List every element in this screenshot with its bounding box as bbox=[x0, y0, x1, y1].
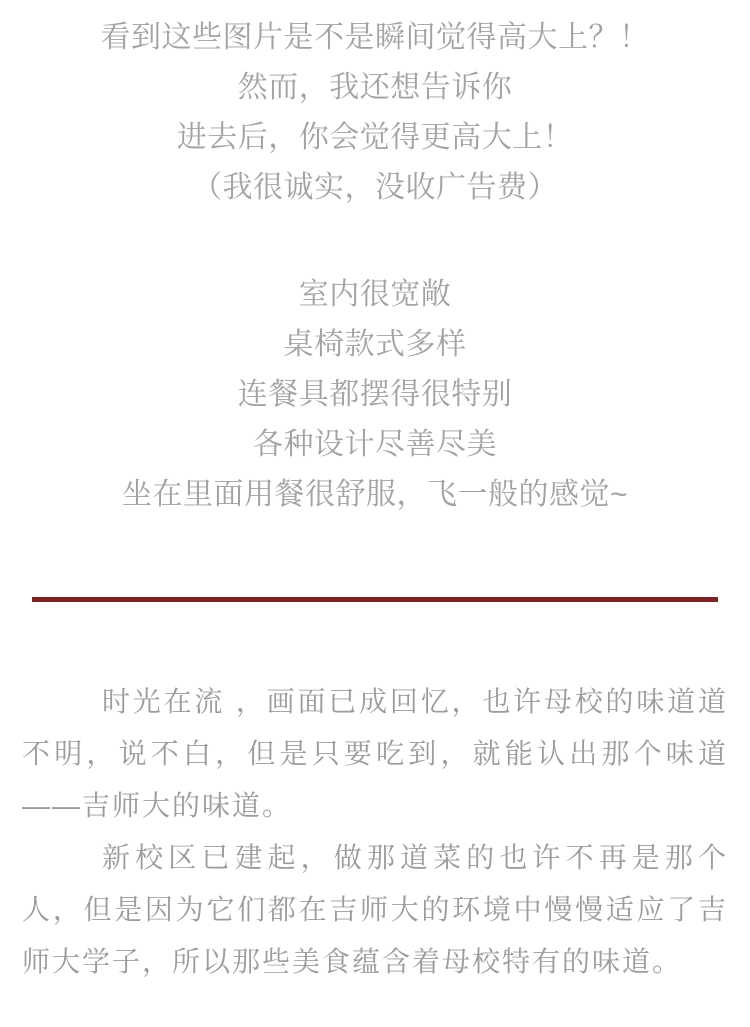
section-divider-rule bbox=[32, 597, 718, 602]
intro-line-9: 坐在里面用餐很舒服，飞一般的感觉~ bbox=[0, 470, 750, 520]
intro-line-4: （我很诚实，没收广告费） bbox=[0, 163, 750, 213]
intro-line-5: 室内很宽敞 bbox=[0, 270, 750, 320]
intro-section: 看到这些图片是不是瞬间觉得高大上？！ 然而，我还想告诉你 进去后，你会觉得更高大… bbox=[0, 0, 750, 520]
intro-line-6: 桌椅款式多样 bbox=[0, 320, 750, 370]
intro-line-8: 各种设计尽善尽美 bbox=[0, 420, 750, 470]
intro-group-spacer bbox=[0, 213, 750, 270]
article-paragraph-2: 新校区已建起，做那道菜的也许不再是那个人，但是因为它们都在吉师大的环境中慢慢适应… bbox=[22, 832, 728, 988]
article-page: 看到这些图片是不是瞬间觉得高大上？！ 然而，我还想告诉你 进去后，你会觉得更高大… bbox=[0, 0, 750, 1027]
intro-line-3: 进去后，你会觉得更高大上！ bbox=[0, 113, 750, 163]
article-paragraph-1: 时光在流 ，画面已成回忆，也许母校的味道道不明，说不白，但是只要吃到，就能认出那… bbox=[22, 676, 728, 832]
intro-line-7: 连餐具都摆得很特别 bbox=[0, 370, 750, 420]
intro-line-1: 看到这些图片是不是瞬间觉得高大上？！ bbox=[0, 13, 750, 63]
intro-line-2: 然而，我还想告诉你 bbox=[0, 63, 750, 113]
article-body-section: 时光在流 ，画面已成回忆，也许母校的味道道不明，说不白，但是只要吃到，就能认出那… bbox=[22, 676, 728, 988]
